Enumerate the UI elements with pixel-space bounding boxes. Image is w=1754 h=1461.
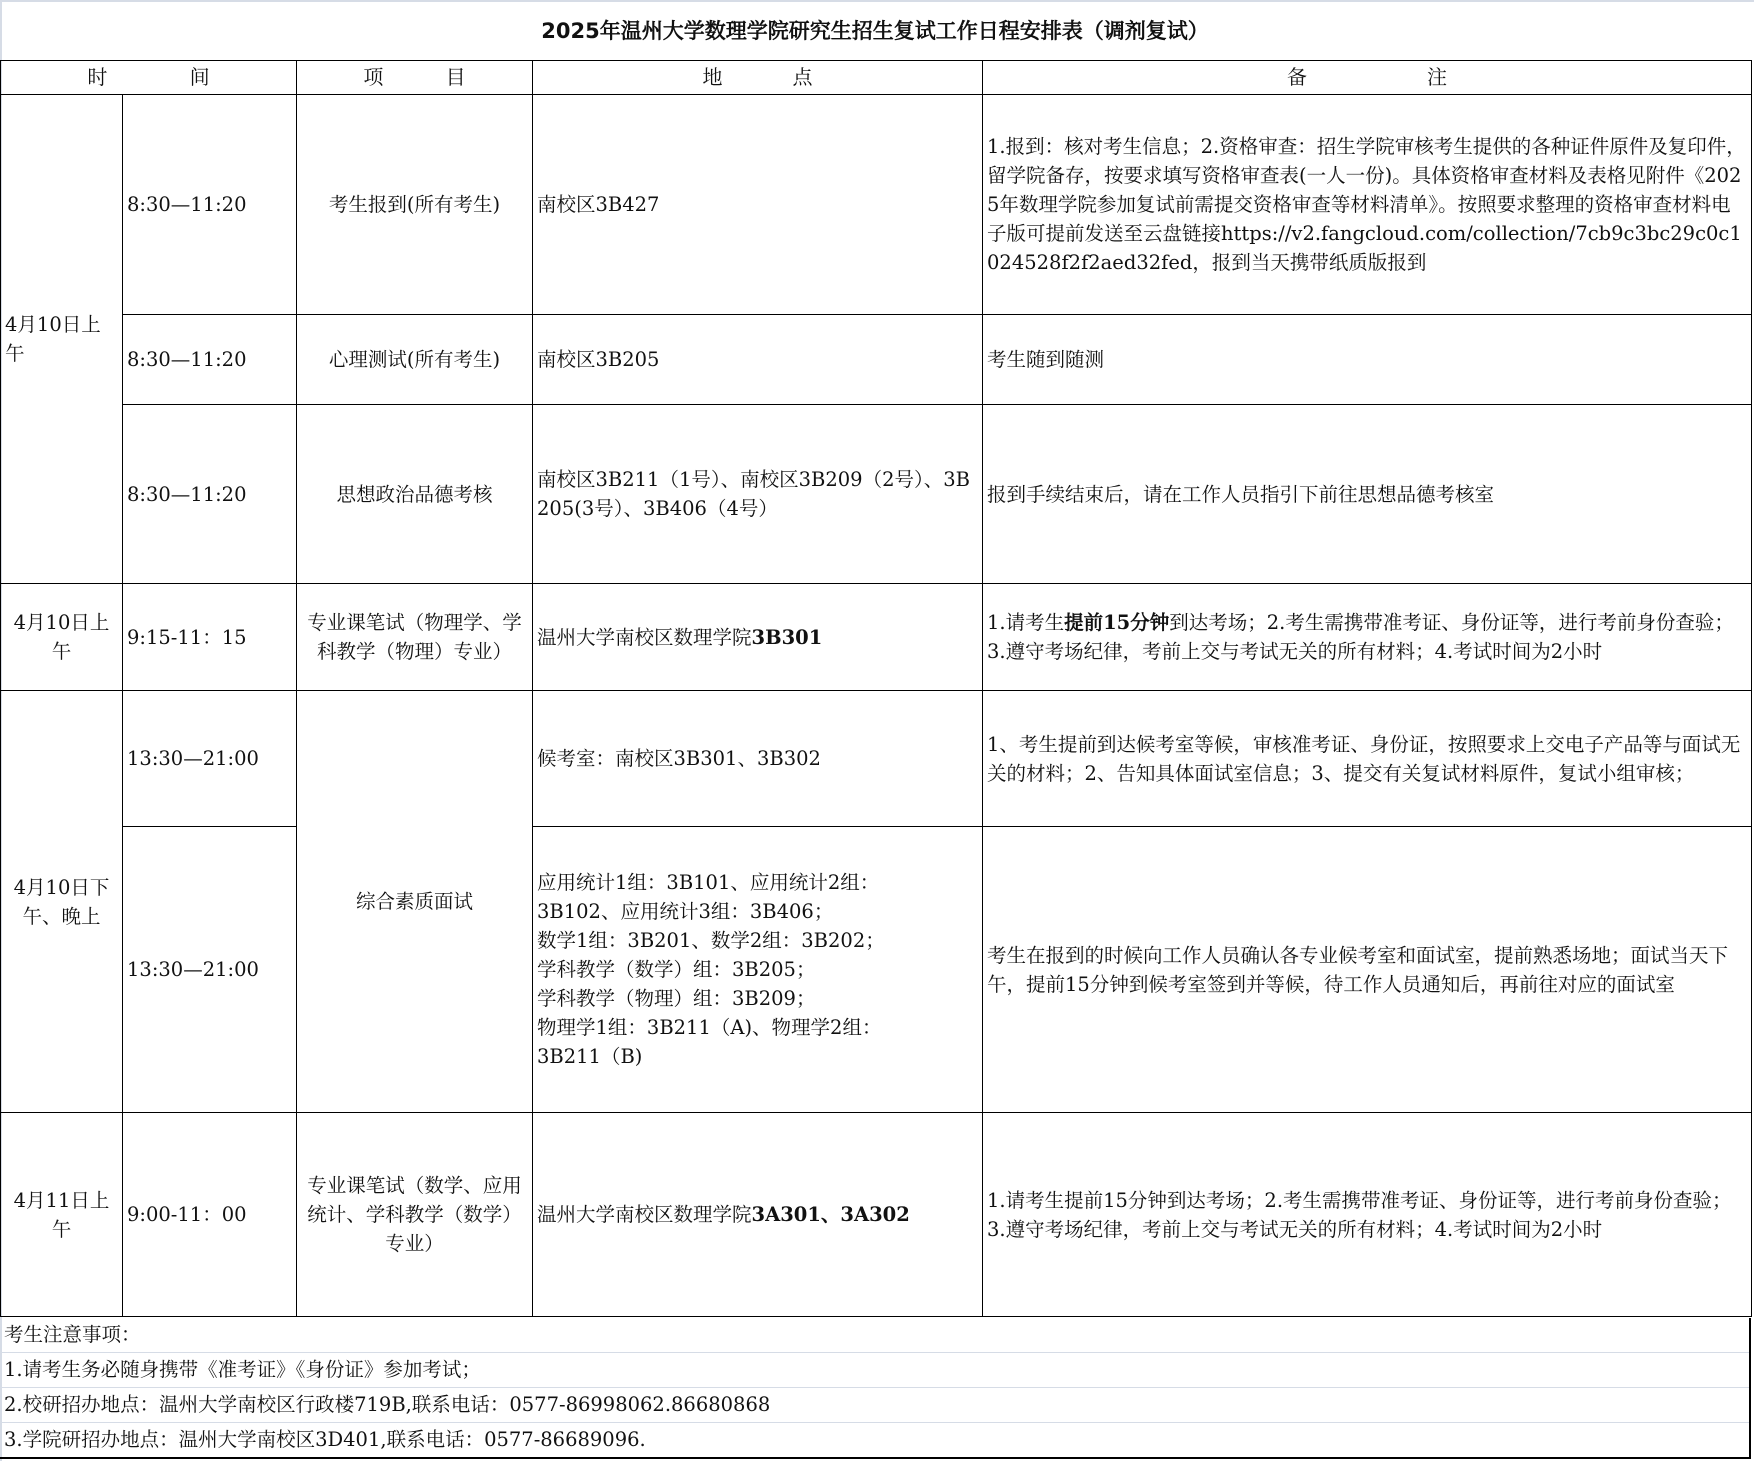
note-item: 3.学院研招办地点：温州大学南校区3D401,联系电话：0577-8668909…: [0, 1423, 1751, 1459]
remarks-cell: 报到手续结束后，请在工作人员指引下前往思想品德考核室: [983, 405, 1752, 584]
table-row: 4月10日上午 8:30—11:20 考生报到(所有考生) 南校区3B427 1…: [1, 95, 1752, 315]
notes-section: 考生注意事项： 1.请考生务必随身携带《准考证》《身份证》参加考试； 2.校研招…: [0, 1318, 1751, 1459]
location-line: 学科教学（数学）组：3B205；: [537, 955, 978, 984]
item-cell: 专业课笔试（物理学、学科教学（物理）专业）: [297, 584, 533, 691]
location-room: 3B301: [752, 626, 823, 649]
header-item-char-2: 目: [446, 63, 466, 92]
time-cell: 9:00-11：00: [123, 1113, 297, 1317]
header-location-char-2: 点: [793, 63, 813, 92]
location-line: 数学1组：3B201、数学2组：3B202；: [537, 926, 978, 955]
header-time: 时间: [1, 61, 297, 95]
remarks-cell: 1.请考生提前15分钟到达考场；2.考生需携带准考证、身份证等，进行考前身份查验…: [983, 1113, 1752, 1317]
remarks-cell: 考生在报到的时候向工作人员确认各专业候考室和面试室，提前熟悉场地；面试当天下午，…: [983, 827, 1752, 1113]
location-prefix: 温州大学南校区数理学院: [537, 626, 752, 649]
remarks-cell: 考生随到随测: [983, 315, 1752, 405]
schedule-table: 时间 项目 地点 备注 4月10日上午 8:30—11:20 考生报到(所有考生…: [0, 60, 1752, 1317]
table-row: 4月10日下午、晚上 13:30—21:00 综合素质面试 候考室：南校区3B3…: [1, 691, 1752, 827]
remarks-part: 1.请考生: [987, 611, 1064, 634]
header-remarks-char-2: 注: [1427, 63, 1447, 92]
page-title: 2025年温州大学数理学院研究生招生复试工作日程安排表（调剂复试）: [0, 0, 1750, 60]
location-cell: 温州大学南校区数理学院3B301: [533, 584, 983, 691]
item-cell: 综合素质面试: [297, 691, 533, 1113]
date-cell: 4月10日下午、晚上: [1, 691, 123, 1113]
header-time-char-1: 时: [87, 63, 107, 92]
location-prefix: 温州大学南校区数理学院: [537, 1203, 752, 1226]
header-item: 项目: [297, 61, 533, 95]
table-row: 8:30—11:20 心理测试(所有考生) 南校区3B205 考生随到随测: [1, 315, 1752, 405]
location-line: 学科教学（物理）组：3B209；: [537, 984, 978, 1013]
table-row: 8:30—11:20 思想政治品德考核 南校区3B211（1号）、南校区3B20…: [1, 405, 1752, 584]
time-cell: 8:30—11:20: [123, 315, 297, 405]
notes-right-border: [1749, 1318, 1751, 1459]
table-row: 4月11日上午 9:00-11：00 专业课笔试（数学、应用统计、学科教学（数学…: [1, 1113, 1752, 1317]
time-cell: 8:30—11:20: [123, 95, 297, 315]
notes-heading: 考生注意事项：: [0, 1318, 1751, 1353]
date-cell: 4月11日上午: [1, 1113, 123, 1317]
location-cell: 南校区3B205: [533, 315, 983, 405]
item-cell: 专业课笔试（数学、应用统计、学科教学（数学）专业）: [297, 1113, 533, 1317]
header-time-char-2: 间: [190, 63, 210, 92]
location-line: 3B211（B): [537, 1042, 978, 1071]
location-room: 3A301、3A302: [752, 1203, 910, 1226]
remarks-cell: 1.报到：核对考生信息；2.资格审查：招生学院审核考生提供的各种证件原件及复印件…: [983, 95, 1752, 315]
location-cell: 温州大学南校区数理学院3A301、3A302: [533, 1113, 983, 1317]
item-cell: 心理测试(所有考生): [297, 315, 533, 405]
location-cell: 南校区3B427: [533, 95, 983, 315]
remarks-cell: 1、考生提前到达候考室等候，审核准考证、身份证，按照要求上交电子产品等与面试无关…: [983, 691, 1752, 827]
date-cell: 4月10日上午: [1, 95, 123, 584]
item-cell: 考生报到(所有考生): [297, 95, 533, 315]
time-cell: 13:30—21:00: [123, 691, 297, 827]
note-item: 1.请考生务必随身携带《准考证》《身份证》参加考试；: [0, 1353, 1751, 1388]
item-cell: 思想政治品德考核: [297, 405, 533, 584]
location-cell: 候考室：南校区3B301、3B302: [533, 691, 983, 827]
header-remarks: 备注: [983, 61, 1752, 95]
time-cell: 9:15-11：15: [123, 584, 297, 691]
date-cell: 4月10日上午: [1, 584, 123, 691]
location-line: 3B102、应用统计3组：3B406；: [537, 897, 978, 926]
location-cell: 南校区3B211（1号）、南校区3B209（2号）、3B205(3号）、3B40…: [533, 405, 983, 584]
table-row: 4月10日上午 9:15-11：15 专业课笔试（物理学、学科教学（物理）专业）…: [1, 584, 1752, 691]
location-line: 物理学1组：3B211（A)、物理学2组：: [537, 1013, 978, 1042]
table-row: 13:30—21:00 应用统计1组：3B101、应用统计2组： 3B102、应…: [1, 827, 1752, 1113]
time-cell: 8:30—11:20: [123, 405, 297, 584]
header-item-char-1: 项: [363, 63, 383, 92]
header-remarks-char-1: 备: [1287, 63, 1307, 92]
note-item: 2.校研招办地点：温州大学南校区行政楼719B,联系电话：0577-869980…: [0, 1388, 1751, 1423]
remarks-cell: 1.请考生提前15分钟到达考场；2.考生需携带准考证、身份证等，进行考前身份查验…: [983, 584, 1752, 691]
remarks-emphasis: 提前15分钟: [1064, 611, 1169, 634]
location-cell: 应用统计1组：3B101、应用统计2组： 3B102、应用统计3组：3B406；…: [533, 827, 983, 1113]
header-location: 地点: [533, 61, 983, 95]
time-cell: 13:30—21:00: [123, 827, 297, 1113]
table-header-row: 时间 项目 地点 备注: [1, 61, 1752, 95]
header-location-char-1: 地: [703, 63, 723, 92]
location-line: 应用统计1组：3B101、应用统计2组：: [537, 868, 978, 897]
